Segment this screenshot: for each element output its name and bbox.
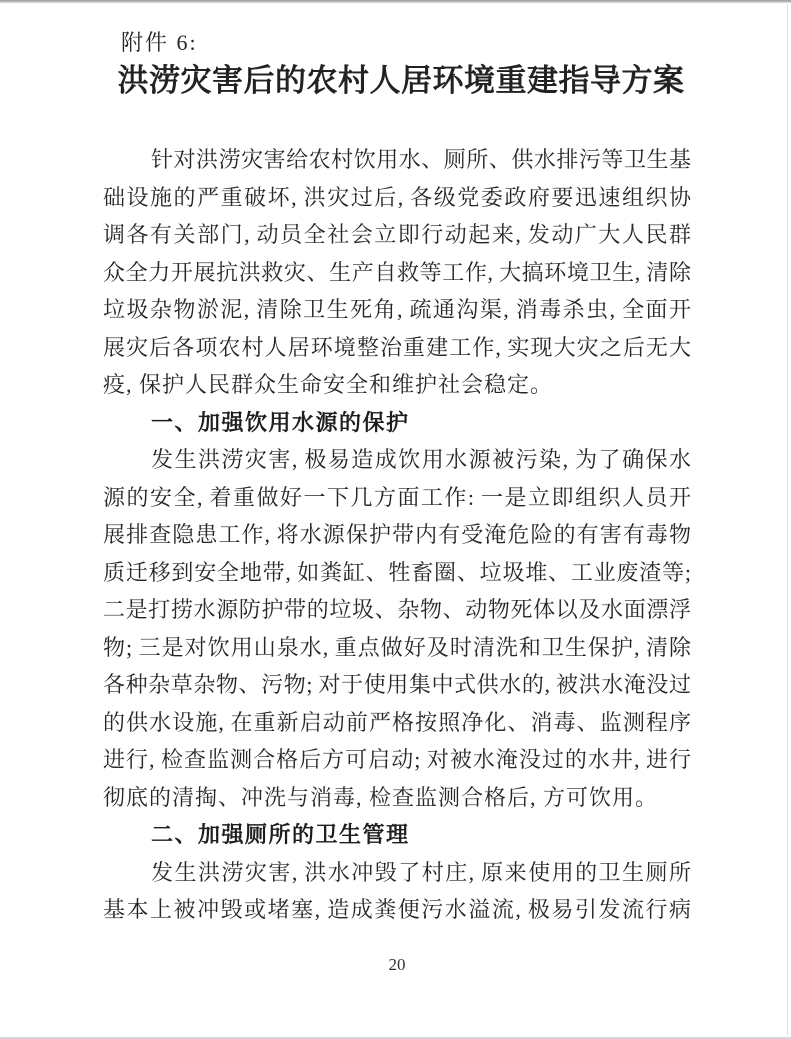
body-line: 的供水设施, 在重新启动前严格按照净化、消毒、监测程序	[103, 704, 691, 742]
body-line: 垃圾杂物淤泥, 清除卫生死角, 疏通沟渠, 消毒杀虫, 全面开	[103, 291, 691, 329]
body-line: 物; 三是对饮用山泉水, 重点做好及时清洗和卫生保护, 清除	[103, 629, 691, 667]
body-line: 基本上被冲毁或堵塞, 造成粪便污水溢流, 极易引发流行病	[103, 891, 691, 929]
body-line: 调各有关部门, 动员全社会立即行动起来, 发动广大人民群	[103, 216, 691, 254]
document-body: 针对洪涝灾害给农村饮用水、厕所、供水排污等卫生基础设施的严重破坏, 洪灾过后, …	[103, 141, 691, 929]
page-number: 20	[103, 955, 691, 975]
document-page: 附件 6: 洪涝灾害后的农村人居环境重建指导方案 针对洪涝灾害给农村饮用水、厕所…	[0, 0, 791, 1039]
attachment-label: 附件 6:	[121, 26, 198, 57]
page-title: 洪涝灾害后的农村人居环境重建指导方案	[103, 55, 699, 100]
section-heading: 二、加强厕所的卫生管理	[103, 816, 691, 854]
body-line: 展灾后各项农村人居环境整治重建工作, 实现大灾之后无大	[103, 329, 691, 367]
body-line: 发生洪涝灾害, 极易造成饮用水源被污染, 为了确保水	[103, 441, 691, 479]
body-line: 源的安全, 着重做好一下几方面工作: 一是立即组织人员开	[103, 479, 691, 517]
body-line: 进行, 检查监测合格后方可启动; 对被水淹没过的水井, 进行	[103, 741, 691, 779]
body-line: 发生洪涝灾害, 洪水冲毁了村庄, 原来使用的卫生厕所	[103, 854, 691, 892]
body-line: 针对洪涝灾害给农村饮用水、厕所、供水排污等卫生基	[103, 141, 691, 179]
body-line: 展排查隐患工作, 将水源保护带内有受淹危险的有害有毒物	[103, 516, 691, 554]
section-heading: 一、加强饮用水源的保护	[103, 404, 691, 442]
body-line: 各种杂草杂物、污物; 对于使用集中式供水的, 被洪水淹没过	[103, 666, 691, 704]
scan-edge-right	[787, 4, 788, 1035]
body-line: 众全力开展抗洪救灾、生产自救等工作, 大搞环境卫生, 清除	[103, 254, 691, 292]
scan-edge-top	[0, 0, 791, 3]
body-line: 二是打捞水源防护带的垃圾、杂物、动物死体以及水面漂浮	[103, 591, 691, 629]
body-line: 质迁移到安全地带, 如粪缸、牲畜圈、垃圾堆、工业废渣等;	[103, 554, 691, 592]
body-line: 疫, 保护人民群众生命安全和维护社会稳定。	[103, 366, 691, 404]
body-line: 础设施的严重破坏, 洪灾过后, 各级党委政府要迅速组织协	[103, 179, 691, 217]
body-line: 彻底的清掏、冲洗与消毒, 检查监测合格后, 方可饮用。	[103, 779, 691, 817]
